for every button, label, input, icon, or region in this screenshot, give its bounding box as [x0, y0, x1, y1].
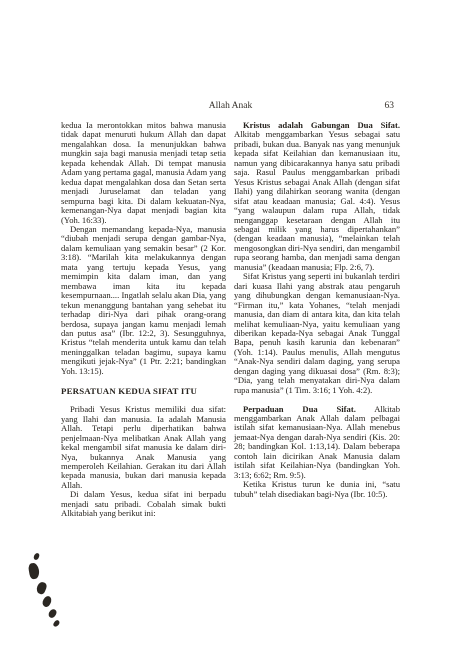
paragraph: Dengan memandang kepada-Nya, manusia “di…: [61, 225, 226, 376]
page-number: 63: [385, 101, 395, 112]
right-column: Kristus adalah Gabungan Dua Sifat. Alkit…: [234, 121, 400, 519]
paragraph: Perpaduan Dua Sifat. Alkitab menggambark…: [234, 405, 400, 481]
paragraph: Pribadi Yesus Kristus memiliki dua sifat…: [61, 405, 226, 490]
section-heading: PERSATUAN KEDUA SIFAT ITU: [61, 386, 226, 396]
ink-smudge-artifact: [41, 595, 53, 609]
left-column: kedua Ia merontokkan mitos bahwa manusia…: [61, 121, 226, 519]
paragraph-text: Alkitab menggambarkan Yesus sebagai satu…: [234, 129, 400, 271]
paragraph: Sifat Kristus yang seperti ini bukanlah …: [234, 272, 400, 395]
paragraph-continuation: kedua Ia merontokkan mitos bahwa manusia…: [61, 121, 226, 225]
text-columns: kedua Ia merontokkan mitos bahwa manusia…: [61, 121, 400, 519]
running-head-title: Allah Anak: [209, 101, 253, 111]
ink-smudge-artifact: [35, 581, 48, 595]
ink-smudge-artifact: [33, 552, 40, 560]
paragraph: Kristus adalah Gabungan Dua Sifat. Alkit…: [234, 121, 400, 272]
ink-smudge-artifact: [28, 562, 41, 579]
paragraph: Ketika Kristus turun ke dunia ini, “satu…: [234, 480, 400, 499]
ink-smudge-artifact: [47, 608, 57, 619]
page-header: Allah Anak 63: [61, 101, 400, 112]
paragraph-text: Alkitab menggambarkan Anak Allah dalam p…: [234, 404, 400, 480]
paragraph: Di dalam Yesus, kedua sifat ini berpadu …: [61, 490, 226, 518]
book-page: Allah Anak 63 kedua Ia merontokkan mitos…: [0, 0, 460, 650]
ink-smudge-artifact: [52, 619, 60, 628]
